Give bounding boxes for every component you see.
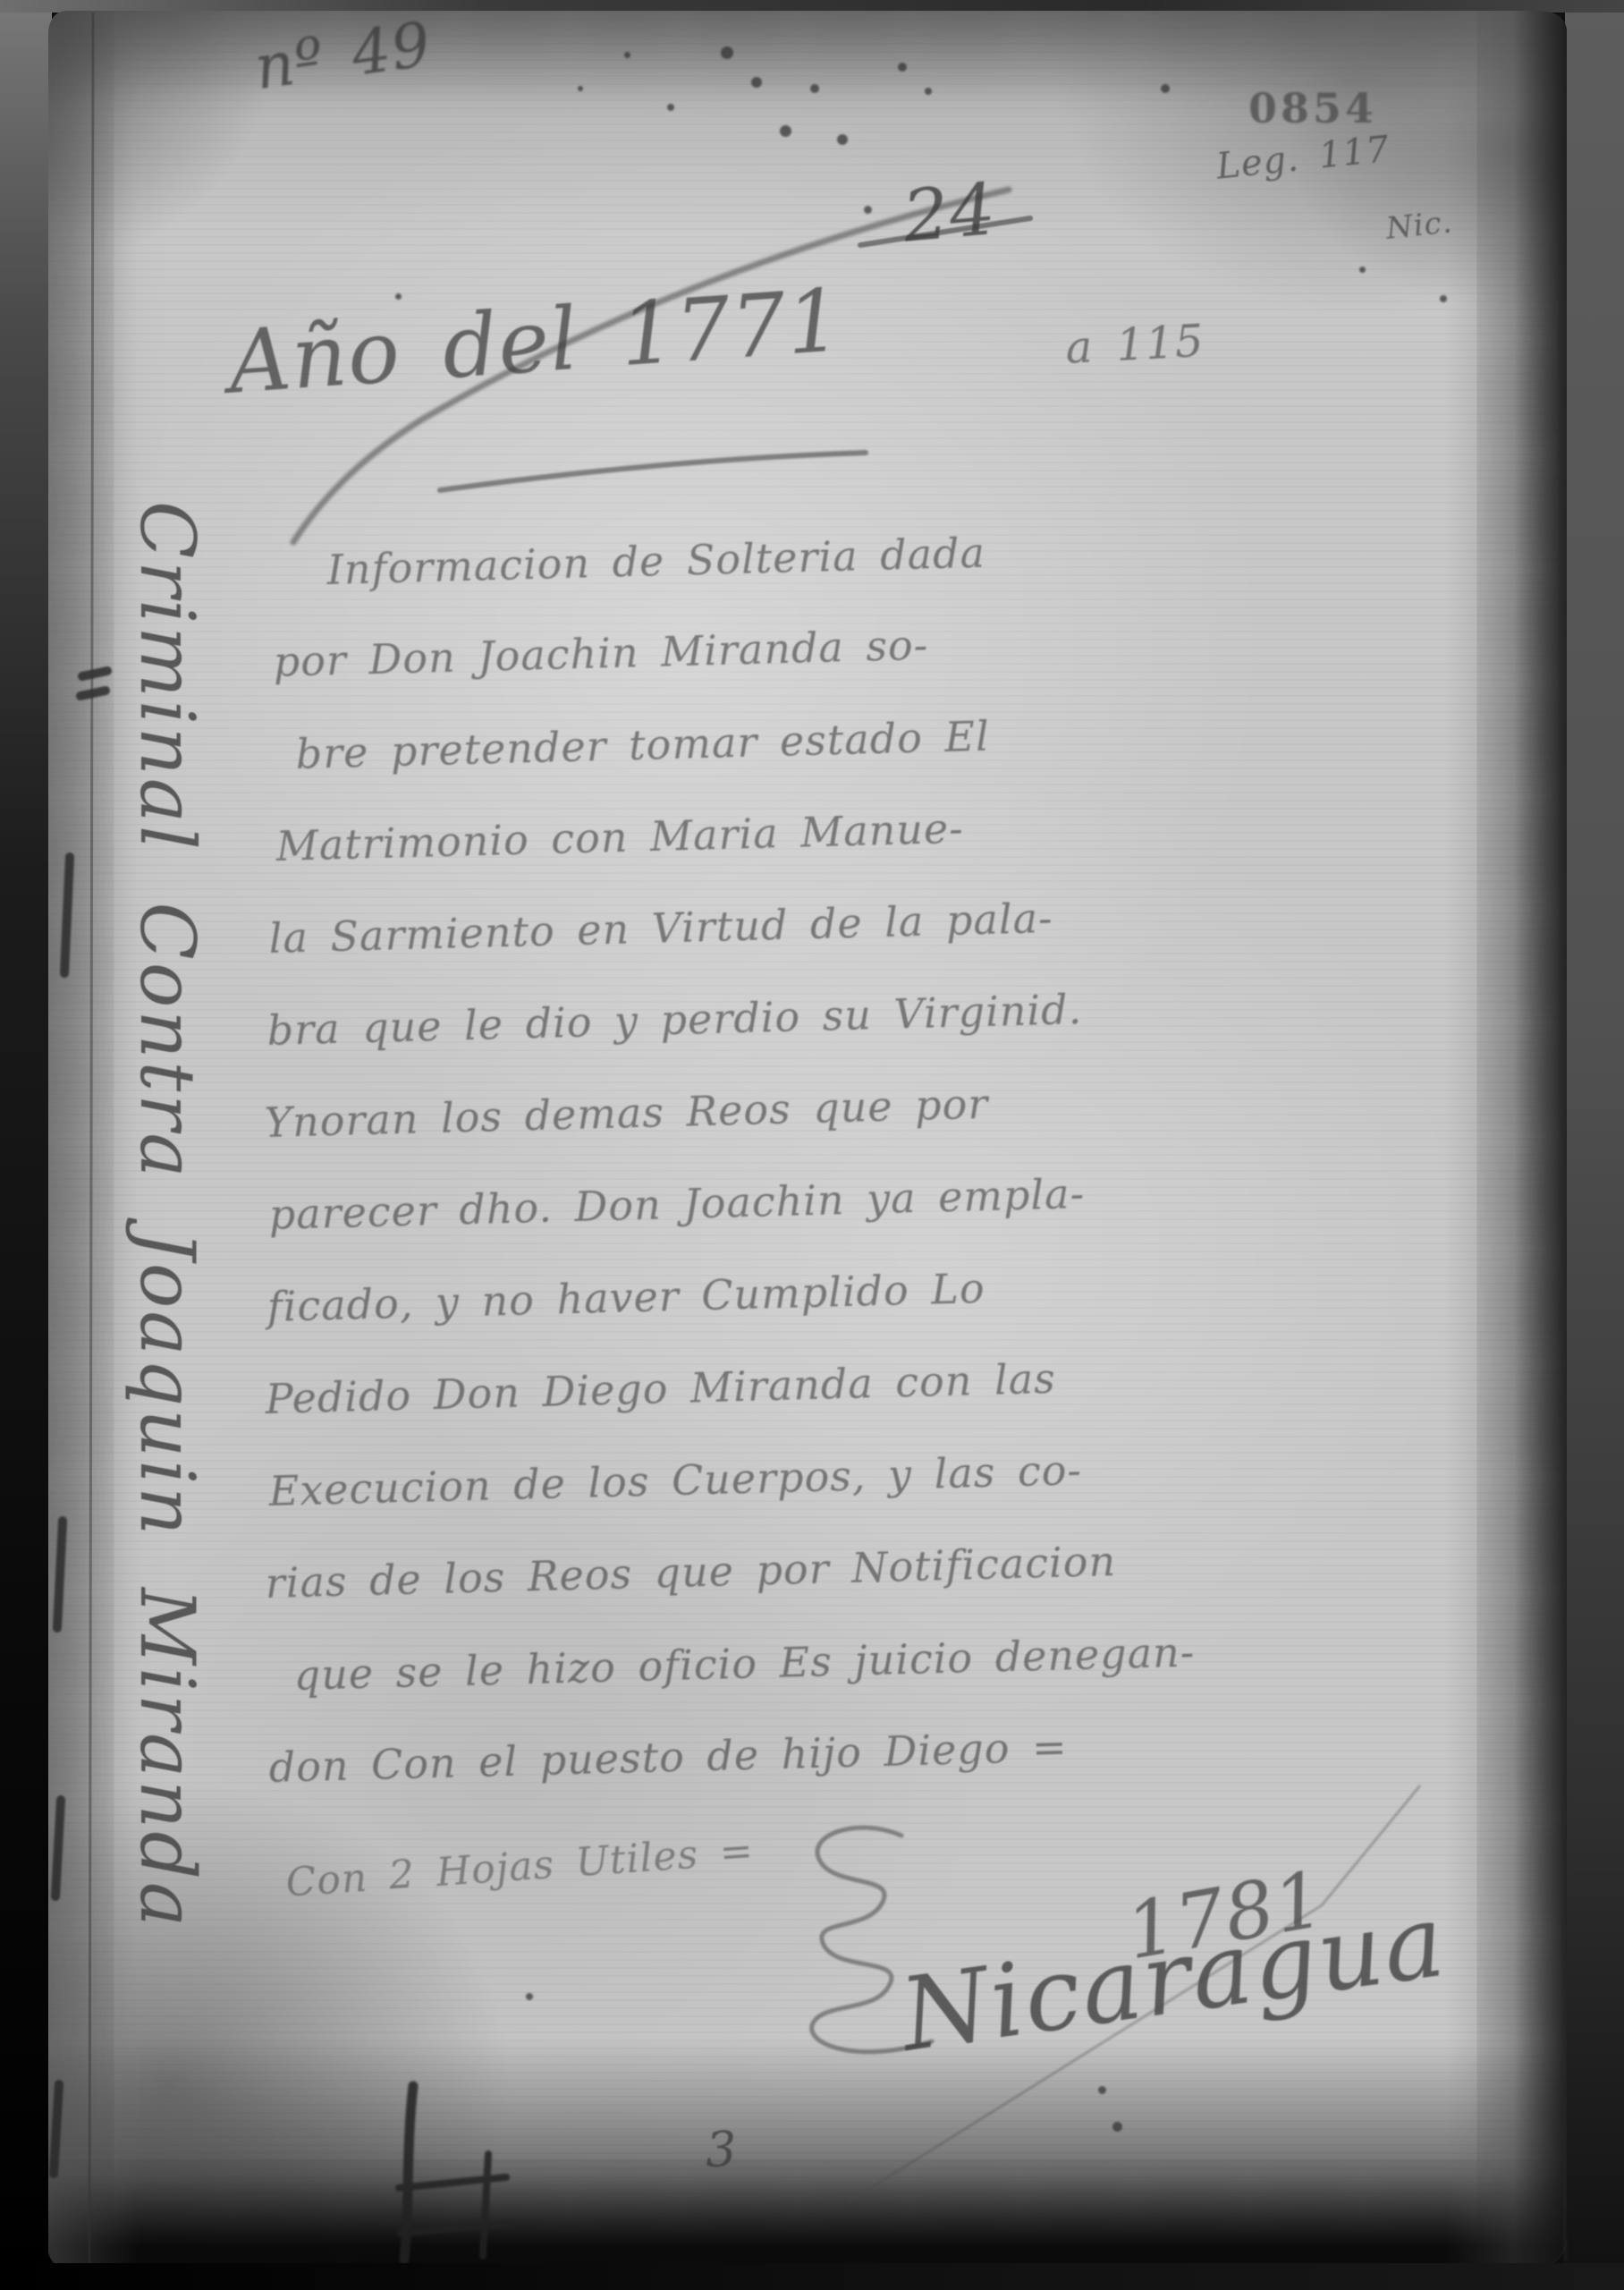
photo-left-band	[0, 0, 52, 2290]
ink-speck	[1098, 2086, 1106, 2094]
ink-speck	[526, 1993, 533, 2000]
ink-speck	[721, 47, 733, 59]
folio-reference: a 115	[1064, 315, 1205, 374]
ink-speck	[898, 63, 907, 72]
ink-speck	[395, 293, 402, 300]
ink-speck	[837, 134, 848, 145]
ink-speck	[810, 84, 819, 93]
photographed-manuscript: nº 49 0854 Leg. 117 Nic. 24 a 115 Año de…	[0, 0, 1624, 2290]
archive-place-abbr: Nic.	[1384, 204, 1454, 247]
ink-speck	[578, 86, 583, 91]
photo-right-band	[1565, 0, 1624, 2290]
ink-speck	[1359, 267, 1366, 273]
photo-bottom-band	[0, 2263, 1624, 2290]
ink-speck	[1112, 2122, 1122, 2132]
page-digit: 3	[705, 2121, 739, 2178]
ink-speck	[1440, 295, 1447, 302]
ink-speck	[624, 52, 630, 58]
stamp-number: 0854	[1248, 84, 1377, 132]
ink-speck	[751, 77, 762, 88]
margin-note-vertical: Criminal Contra Joaquin Miranda	[123, 501, 211, 1930]
page-number-annotation: 24	[900, 167, 1000, 259]
ink-speck	[780, 125, 791, 137]
ink-speck	[667, 104, 674, 111]
ink-speck	[1161, 84, 1170, 93]
ink-speck	[864, 206, 872, 214]
ink-speck	[925, 88, 932, 95]
